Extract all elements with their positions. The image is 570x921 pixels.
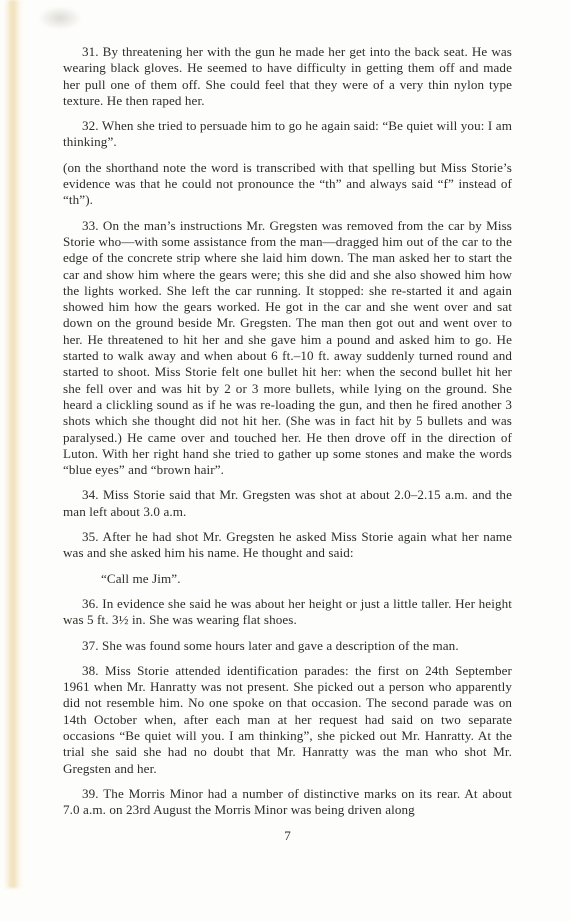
- quote-call-me-jim: “Call me Jim”.: [63, 571, 512, 587]
- shorthand-note: (on the shorthand note the word is trans…: [63, 160, 512, 209]
- paragraph-32: 32. When she tried to persuade him to go…: [63, 118, 512, 151]
- book-spine-shadow: [4, 0, 24, 888]
- paragraph-31: 31. By threatening her with the gun he m…: [63, 44, 512, 109]
- scan-smudge-mark: [38, 6, 82, 30]
- page-number: 7: [63, 828, 512, 844]
- paragraph-33: 33. On the man’s instructions Mr. Gregst…: [63, 218, 512, 479]
- page-text-column: 31. By threatening her with the gun he m…: [63, 44, 512, 827]
- paragraph-35: 35. After he had shot Mr. Gregsten he as…: [63, 529, 512, 562]
- paragraph-38: 38. Miss Storie attended identification …: [63, 663, 512, 777]
- paragraph-36: 36. In evidence she said he was about he…: [63, 596, 512, 629]
- paragraph-34: 34. Miss Storie said that Mr. Gregsten w…: [63, 487, 512, 520]
- paragraph-39: 39. The Morris Minor had a number of dis…: [63, 786, 512, 819]
- paragraph-37: 37. She was found some hours later and g…: [63, 638, 512, 654]
- scanned-document-page: 31. By threatening her with the gun he m…: [0, 0, 570, 921]
